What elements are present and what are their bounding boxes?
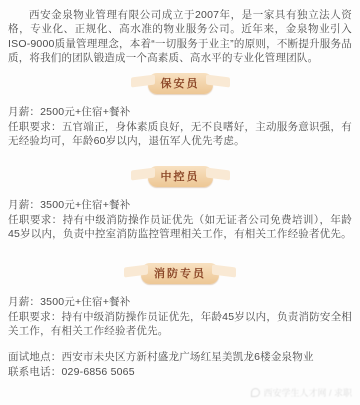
watermark: 西安学生人才网 / 求职 <box>251 386 352 399</box>
phone-line: 联系电话：029-6856 5065 <box>8 365 352 380</box>
salary-value: 3500元+住宿+餐补 <box>40 296 130 308</box>
weibo-watermark-icon <box>251 388 260 397</box>
requirements-line: 任职要求：持有中级消防操作员证优先（如无证者公司免费培训），年龄45岁以内，负责… <box>8 213 352 241</box>
job-title-ribbon-badge: 保安员 <box>148 73 213 94</box>
job-posting-poster: 西安金泉物业管理有限公司成立于2007年，是一家具有独立法人资格，专业化、正规化… <box>0 0 360 405</box>
salary-line: 月薪：3500元+住宿+餐补 <box>8 295 352 309</box>
salary-label: 月薪： <box>8 296 40 308</box>
interview-location-line: 面试地点：西安市未央区方新村盛龙广场红星美凯龙6楼金泉物业 <box>8 350 352 365</box>
job-badge-wrap: 保安员 <box>8 73 352 94</box>
requirements-line: 任职要求：五官端正，身体素质良好，无不良嗜好，主动服务意识强，有无经验均可，年龄… <box>8 120 352 148</box>
salary-value: 3500元+住宿+餐补 <box>40 199 130 211</box>
job-title-ribbon-badge: 中控员 <box>148 166 213 187</box>
salary-label: 月薪： <box>8 106 40 118</box>
interview-location-value: 西安市未央区方新村盛龙广场红星美凯龙6楼金泉物业 <box>62 351 314 363</box>
job-section-security-guard: 保安员 月薪：2500元+住宿+餐补 任职要求：五官端正，身体素质良好，无不良嗜… <box>8 73 352 148</box>
job-section-fire-safety-specialist: 消防专员 月薪：3500元+住宿+餐补 任职要求：持有中级消防操作员证优先，年龄… <box>8 263 352 338</box>
requirements-label: 任职要求： <box>8 214 63 226</box>
job-title-ribbon-badge: 消防专员 <box>141 263 219 284</box>
requirements-line: 任职要求：持有中级消防操作员证优先，年龄45岁以内，负责消防安全相关工作，有相关… <box>8 310 352 338</box>
requirements-label: 任职要求： <box>8 121 62 133</box>
requirements-label: 任职要求： <box>8 311 62 323</box>
watermark-text: 西安学生人才网 / 求职 <box>263 386 352 399</box>
interview-location-label: 面试地点： <box>8 351 62 363</box>
phone-value: 029-6856 5065 <box>62 366 135 378</box>
salary-line: 月薪：3500元+住宿+餐补 <box>8 198 352 212</box>
job-badge-wrap: 中控员 <box>8 166 352 187</box>
salary-label: 月薪： <box>8 199 40 211</box>
phone-label: 联系电话： <box>8 366 62 378</box>
salary-line: 月薪：2500元+住宿+餐补 <box>8 105 352 119</box>
contact-footer: 面试地点：西安市未央区方新村盛龙广场红星美凯龙6楼金泉物业 联系电话：029-6… <box>8 350 352 380</box>
company-intro-paragraph: 西安金泉物业管理有限公司成立于2007年，是一家具有独立法人资格，专业化、正规化… <box>8 8 352 65</box>
salary-value: 2500元+住宿+餐补 <box>40 106 130 118</box>
job-section-central-control-operator: 中控员 月薪：3500元+住宿+餐补 任职要求：持有中级消防操作员证优先（如无证… <box>8 166 352 241</box>
job-badge-wrap: 消防专员 <box>8 263 352 284</box>
